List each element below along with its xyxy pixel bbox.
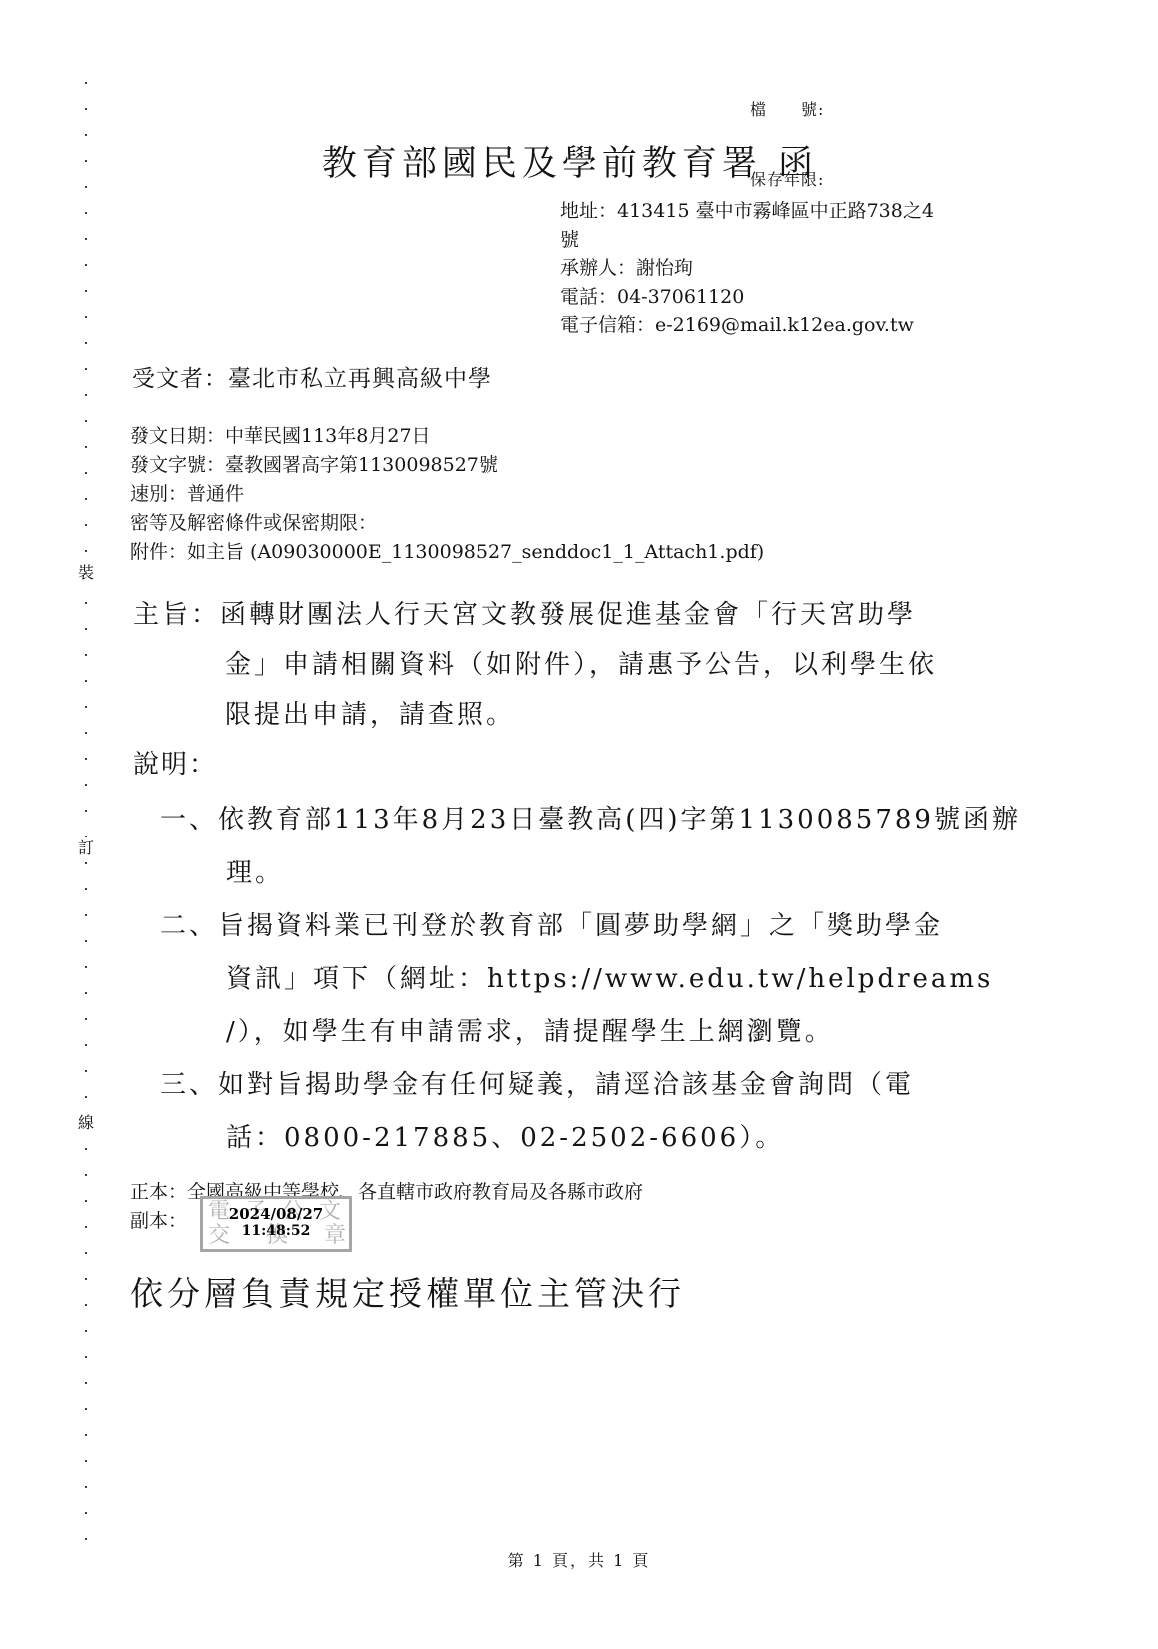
document-title: 教育部國民及學前教育署 函 bbox=[0, 136, 1140, 186]
issue-date-line: 發文日期：中華民國113年8月27日 bbox=[130, 422, 764, 451]
sender-email: 電子信箱：e-2169@mail.k12ea.gov.tw bbox=[560, 311, 1000, 340]
sender-contact-person: 承辦人：謝怡珣 bbox=[560, 254, 1000, 283]
file-number-label: 檔 號: bbox=[750, 98, 824, 121]
explanation-heading: 說明： bbox=[133, 744, 217, 781]
subject-line: 主旨：函轉財團法人行天宮文教發展促進基金會「行天宮助學 bbox=[133, 590, 1033, 640]
sender-address-line1: 地址：413415 臺中市霧峰區中正路738之4 bbox=[560, 197, 1000, 226]
subject-line: 限提出申請，請查照。 bbox=[133, 690, 1033, 740]
official-letter-page: 裝 訂 線 檔 號: 保存年限: 教育部國民及學前教育署 函 地址：413415… bbox=[0, 0, 1158, 1649]
document-number-line: 發文字號：臺教國署高字第1130098527號 bbox=[130, 451, 764, 480]
stamp-date: 2024/08/27 bbox=[203, 1206, 349, 1223]
stamp-timestamp: 2024/08/27 11:48:52 bbox=[203, 1206, 349, 1239]
sender-contact-block: 地址：413415 臺中市霧峰區中正路738之4 號 承辦人：謝怡珣 電話：04… bbox=[560, 197, 1000, 340]
explanation-item-3-line: 三、如對旨揭助學金有任何疑義，請逕洽該基金會詢問（電 bbox=[133, 1059, 1053, 1112]
speed-class-line: 速別：普通件 bbox=[130, 480, 764, 509]
sender-address-line2: 號 bbox=[560, 226, 1000, 255]
security-class-line: 密等及解密條件或保密期限： bbox=[130, 509, 764, 538]
attachment-line: 附件：如主旨 (A09030000E_1130098527_senddoc1_1… bbox=[130, 538, 764, 567]
recipient-line: 受文者：臺北市私立再興高級中學 bbox=[132, 360, 492, 393]
explanation-item-2-line: 二、旨揭資料業已刊登於教育部「圓夢助學網」之「獎助學金 bbox=[133, 900, 1053, 953]
sender-phone: 電話：04-37061120 bbox=[560, 283, 1000, 312]
explanation-item-2-line: 資訊」項下（網址：https://www.edu.tw/helpdreams bbox=[133, 953, 1053, 1006]
stamp-time: 11:48:52 bbox=[203, 1223, 349, 1239]
electronic-exchange-stamp: 電子公文 交換章 2024/08/27 11:48:52 bbox=[200, 1196, 352, 1252]
explanation-item-3-line: 話：0800-217885、02-2502-6606）。 bbox=[133, 1112, 1053, 1165]
explanation-item-2-line: /），如學生有申請需求，請提醒學生上網瀏覽。 bbox=[133, 1006, 1053, 1059]
binding-mark-xian: 線 bbox=[77, 1112, 95, 1134]
binding-mark-ding: 訂 bbox=[77, 837, 95, 859]
binding-mark-zhuang: 裝 bbox=[77, 562, 95, 584]
page-number-footer: 第 1 頁，共 1 頁 bbox=[0, 1548, 1158, 1571]
subject-paragraph: 主旨：函轉財團法人行天宮文教發展促進基金會「行天宮助學 金」申請相關資料（如附件… bbox=[133, 590, 1033, 740]
explanation-item-1-line: 一、依教育部113年8月23日臺教高(四)字第1130085789號函辦 bbox=[133, 794, 1053, 847]
explanation-item-1-line: 理。 bbox=[133, 847, 1053, 900]
subject-line: 金」申請相關資料（如附件），請惠予公告，以利學生依 bbox=[133, 640, 1033, 690]
binding-dotted-line bbox=[85, 82, 87, 1545]
explanation-items: 一、依教育部113年8月23日臺教高(四)字第1130085789號函辦 理。 … bbox=[133, 794, 1053, 1165]
authorization-statement: 依分層負責規定授權單位主管決行 bbox=[130, 1268, 685, 1315]
document-meta-block: 發文日期：中華民國113年8月27日 發文字號：臺教國署高字第113009852… bbox=[130, 422, 764, 566]
